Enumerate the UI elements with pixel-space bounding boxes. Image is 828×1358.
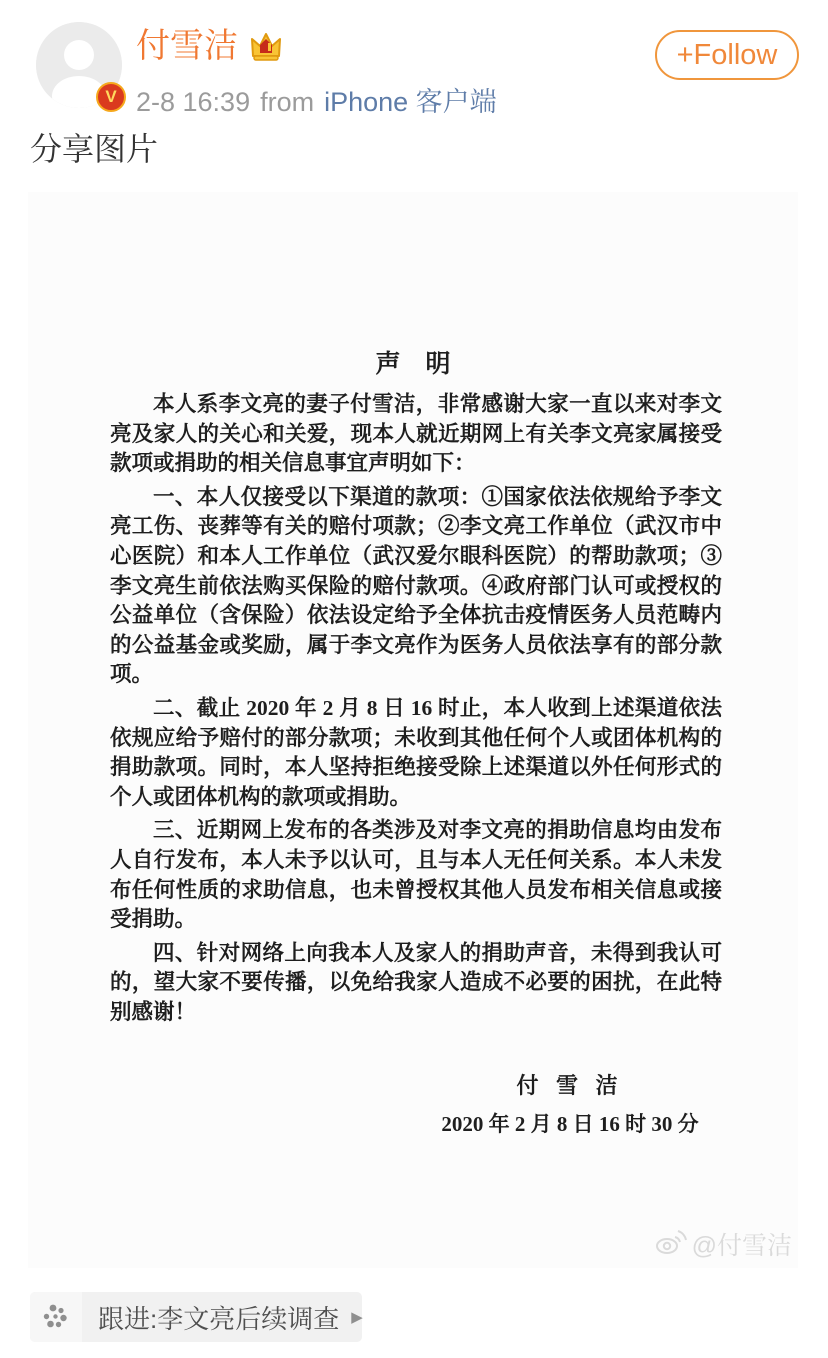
watermark-text: @付雪洁 — [692, 1226, 792, 1262]
weibo-logo-icon — [655, 1227, 687, 1262]
author-row: 付雪洁 — [136, 28, 284, 65]
statement-paragraph: 本人系李文亮的妻子付雪洁，非常感谢大家一直以来对李文亮及家人的关心和关爱，现本人… — [110, 390, 722, 479]
statement-paragraph: 一、本人仅接受以下渠道的款项：①国家依法依规给予李文亮工伤、丧葬等有关的赔付项款… — [110, 483, 722, 690]
statement-title: 声 明 — [28, 344, 798, 380]
chevron-right-icon: ▶ — [351, 1308, 363, 1326]
statement-body: 本人系李文亮的妻子付雪洁，非常感谢大家一直以来对李文亮及家人的关心和关爱，现本人… — [110, 390, 722, 1140]
signature-block: 付 雪 洁 2020 年 2 月 8 日 16 时 30 分 — [440, 1071, 700, 1139]
follow-button[interactable]: +Follow — [655, 30, 799, 80]
from-label: from — [260, 87, 314, 118]
topic-label: 跟进:李文亮后续调查 — [98, 1299, 339, 1336]
verified-badge-icon: V — [96, 82, 126, 112]
flower-icon — [30, 1292, 82, 1342]
topic-bar[interactable]: 跟进:李文亮后续调查 ▶ — [30, 1292, 362, 1342]
statement-paragraph: 三、近期网上发布的各类涉及对李文亮的捐助信息均由发布人自行发布，本人未予以认可，… — [110, 816, 722, 934]
avatar[interactable]: V — [36, 22, 122, 108]
watermark: @付雪洁 — [655, 1226, 792, 1262]
author-name[interactable]: 付雪洁 — [136, 28, 238, 65]
weibo-post-page: V 付雪洁 2-8 16:39 from iPhone 客户端 +Follow … — [0, 0, 828, 1358]
statement-image[interactable]: 声 明 本人系李文亮的妻子付雪洁，非常感谢大家一直以来对李文亮及家人的关心和关爱… — [28, 192, 798, 1268]
post-text: 分享图片 — [30, 124, 158, 170]
post-meta: 2-8 16:39 from iPhone 客户端 — [136, 80, 497, 119]
statement-paragraph: 四、针对网络上向我本人及家人的捐助声音，未得到我认可的，望大家不要传播，以免给我… — [110, 939, 722, 1028]
statement-date: 2020 年 2 月 8 日 16 时 30 分 — [440, 1110, 700, 1140]
post-time: 2-8 16:39 — [136, 87, 250, 118]
vip-crown-icon — [248, 31, 284, 63]
post-source[interactable]: iPhone 客户端 — [324, 80, 497, 119]
statement-paragraph: 二、截止 2020 年 2 月 8 日 16 时止，本人收到上述渠道依法依规应给… — [110, 694, 722, 812]
statement-signature: 付 雪 洁 — [440, 1071, 700, 1101]
